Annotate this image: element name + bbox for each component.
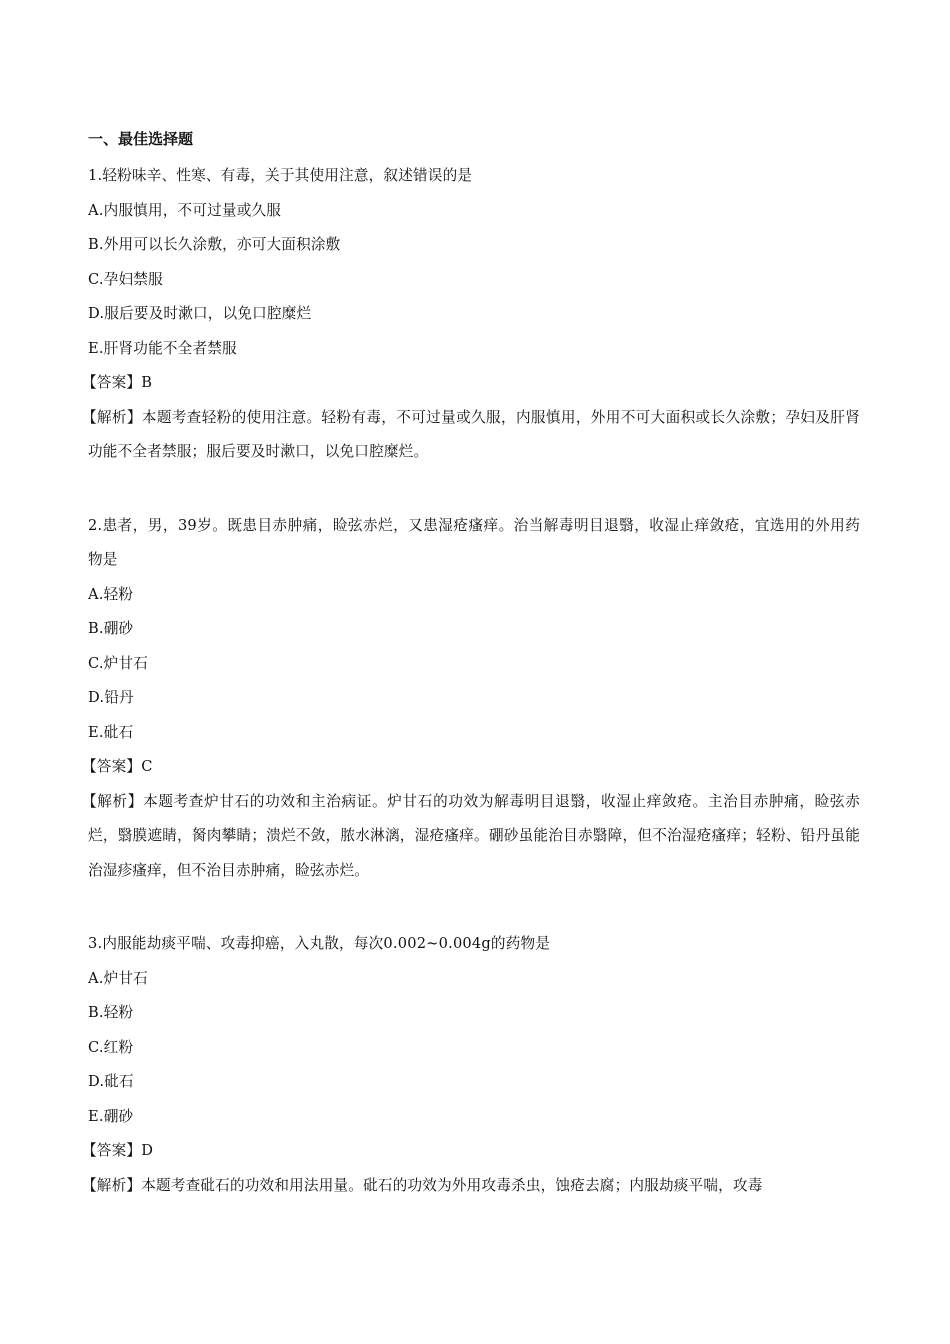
analysis-text: 本题考查轻粉的使用注意。轻粉有毒，不可过量或久服，内服慎用，外用不可大面积或长久… xyxy=(88,409,860,461)
document-page: 一、最佳选择题 1.轻粉味辛、性寒、有毒，关于其使用注意，叙述错误的是 A.内服… xyxy=(88,125,860,1203)
analysis-paragraph: 【解析】本题考查轻粉的使用注意。轻粉有毒，不可过量或久服，内服慎用，外用不可大面… xyxy=(88,401,860,470)
option-b: B.轻粉 xyxy=(88,996,860,1031)
answer-line: 【答案】D xyxy=(88,1134,860,1169)
answer-line: 【答案】C xyxy=(88,750,860,785)
option-e: E.砒石 xyxy=(88,716,860,751)
option-c: C.炉甘石 xyxy=(88,647,860,682)
question-stem: 2.患者，男，39岁。既患目赤肿痛，睑弦赤烂，又患湿疮瘙痒。治当解毒明目退翳，收… xyxy=(88,509,860,578)
spacer xyxy=(88,470,860,509)
answer-value: B xyxy=(141,374,152,391)
answer-label: 【答案】 xyxy=(82,758,141,775)
analysis-label: 【解析】 xyxy=(82,1177,141,1194)
option-b: B.外用可以长久涂敷，亦可大面积涂敷 xyxy=(88,228,860,263)
answer-value: D xyxy=(141,1142,153,1159)
option-c: C.红粉 xyxy=(88,1031,860,1066)
analysis-text: 本题考查砒石的功效和用法用量。砒石的功效为外用攻毒杀虫，蚀疮去腐；内服劫痰平喘，… xyxy=(141,1177,762,1194)
answer-label: 【答案】 xyxy=(82,374,141,391)
question-stem: 3.内服能劫痰平喘、攻毒抑癌，入丸散，每次0.002~0.004g的药物是 xyxy=(88,927,860,962)
question-1: 1.轻粉味辛、性寒、有毒，关于其使用注意，叙述错误的是 A.内服慎用，不可过量或… xyxy=(88,159,860,470)
option-d: D.服后要及时漱口，以免口腔糜烂 xyxy=(88,297,860,332)
spacer xyxy=(88,888,860,927)
answer-label: 【答案】 xyxy=(82,1142,141,1159)
analysis-paragraph: 【解析】本题考查炉甘石的功效和主治病证。炉甘石的功效为解毒明目退翳，收湿止痒敛疮… xyxy=(88,785,860,889)
option-d: D.砒石 xyxy=(88,1065,860,1100)
answer-value: C xyxy=(141,758,152,775)
analysis-paragraph: 【解析】本题考查砒石的功效和用法用量。砒石的功效为外用攻毒杀虫，蚀疮去腐；内服劫… xyxy=(88,1169,860,1204)
option-e: E.硼砂 xyxy=(88,1100,860,1135)
answer-line: 【答案】B xyxy=(88,366,860,401)
section-title: 一、最佳选择题 xyxy=(88,125,860,153)
analysis-label: 【解析】 xyxy=(82,409,142,426)
option-a: A.内服慎用，不可过量或久服 xyxy=(88,194,860,229)
option-b: B.硼砂 xyxy=(88,612,860,647)
question-3: 3.内服能劫痰平喘、攻毒抑癌，入丸散，每次0.002~0.004g的药物是 A.… xyxy=(88,927,860,1203)
option-a: A.轻粉 xyxy=(88,578,860,613)
option-d: D.铅丹 xyxy=(88,681,860,716)
analysis-text: 本题考查炉甘石的功效和主治病证。炉甘石的功效为解毒明目退翳，收湿止痒敛疮。主治目… xyxy=(88,793,860,879)
question-2: 2.患者，男，39岁。既患目赤肿痛，睑弦赤烂，又患湿疮瘙痒。治当解毒明目退翳，收… xyxy=(88,509,860,889)
analysis-label: 【解析】 xyxy=(82,793,143,810)
option-c: C.孕妇禁服 xyxy=(88,263,860,298)
option-a: A.炉甘石 xyxy=(88,962,860,997)
question-stem: 1.轻粉味辛、性寒、有毒，关于其使用注意，叙述错误的是 xyxy=(88,159,860,194)
option-e: E.肝肾功能不全者禁服 xyxy=(88,332,860,367)
